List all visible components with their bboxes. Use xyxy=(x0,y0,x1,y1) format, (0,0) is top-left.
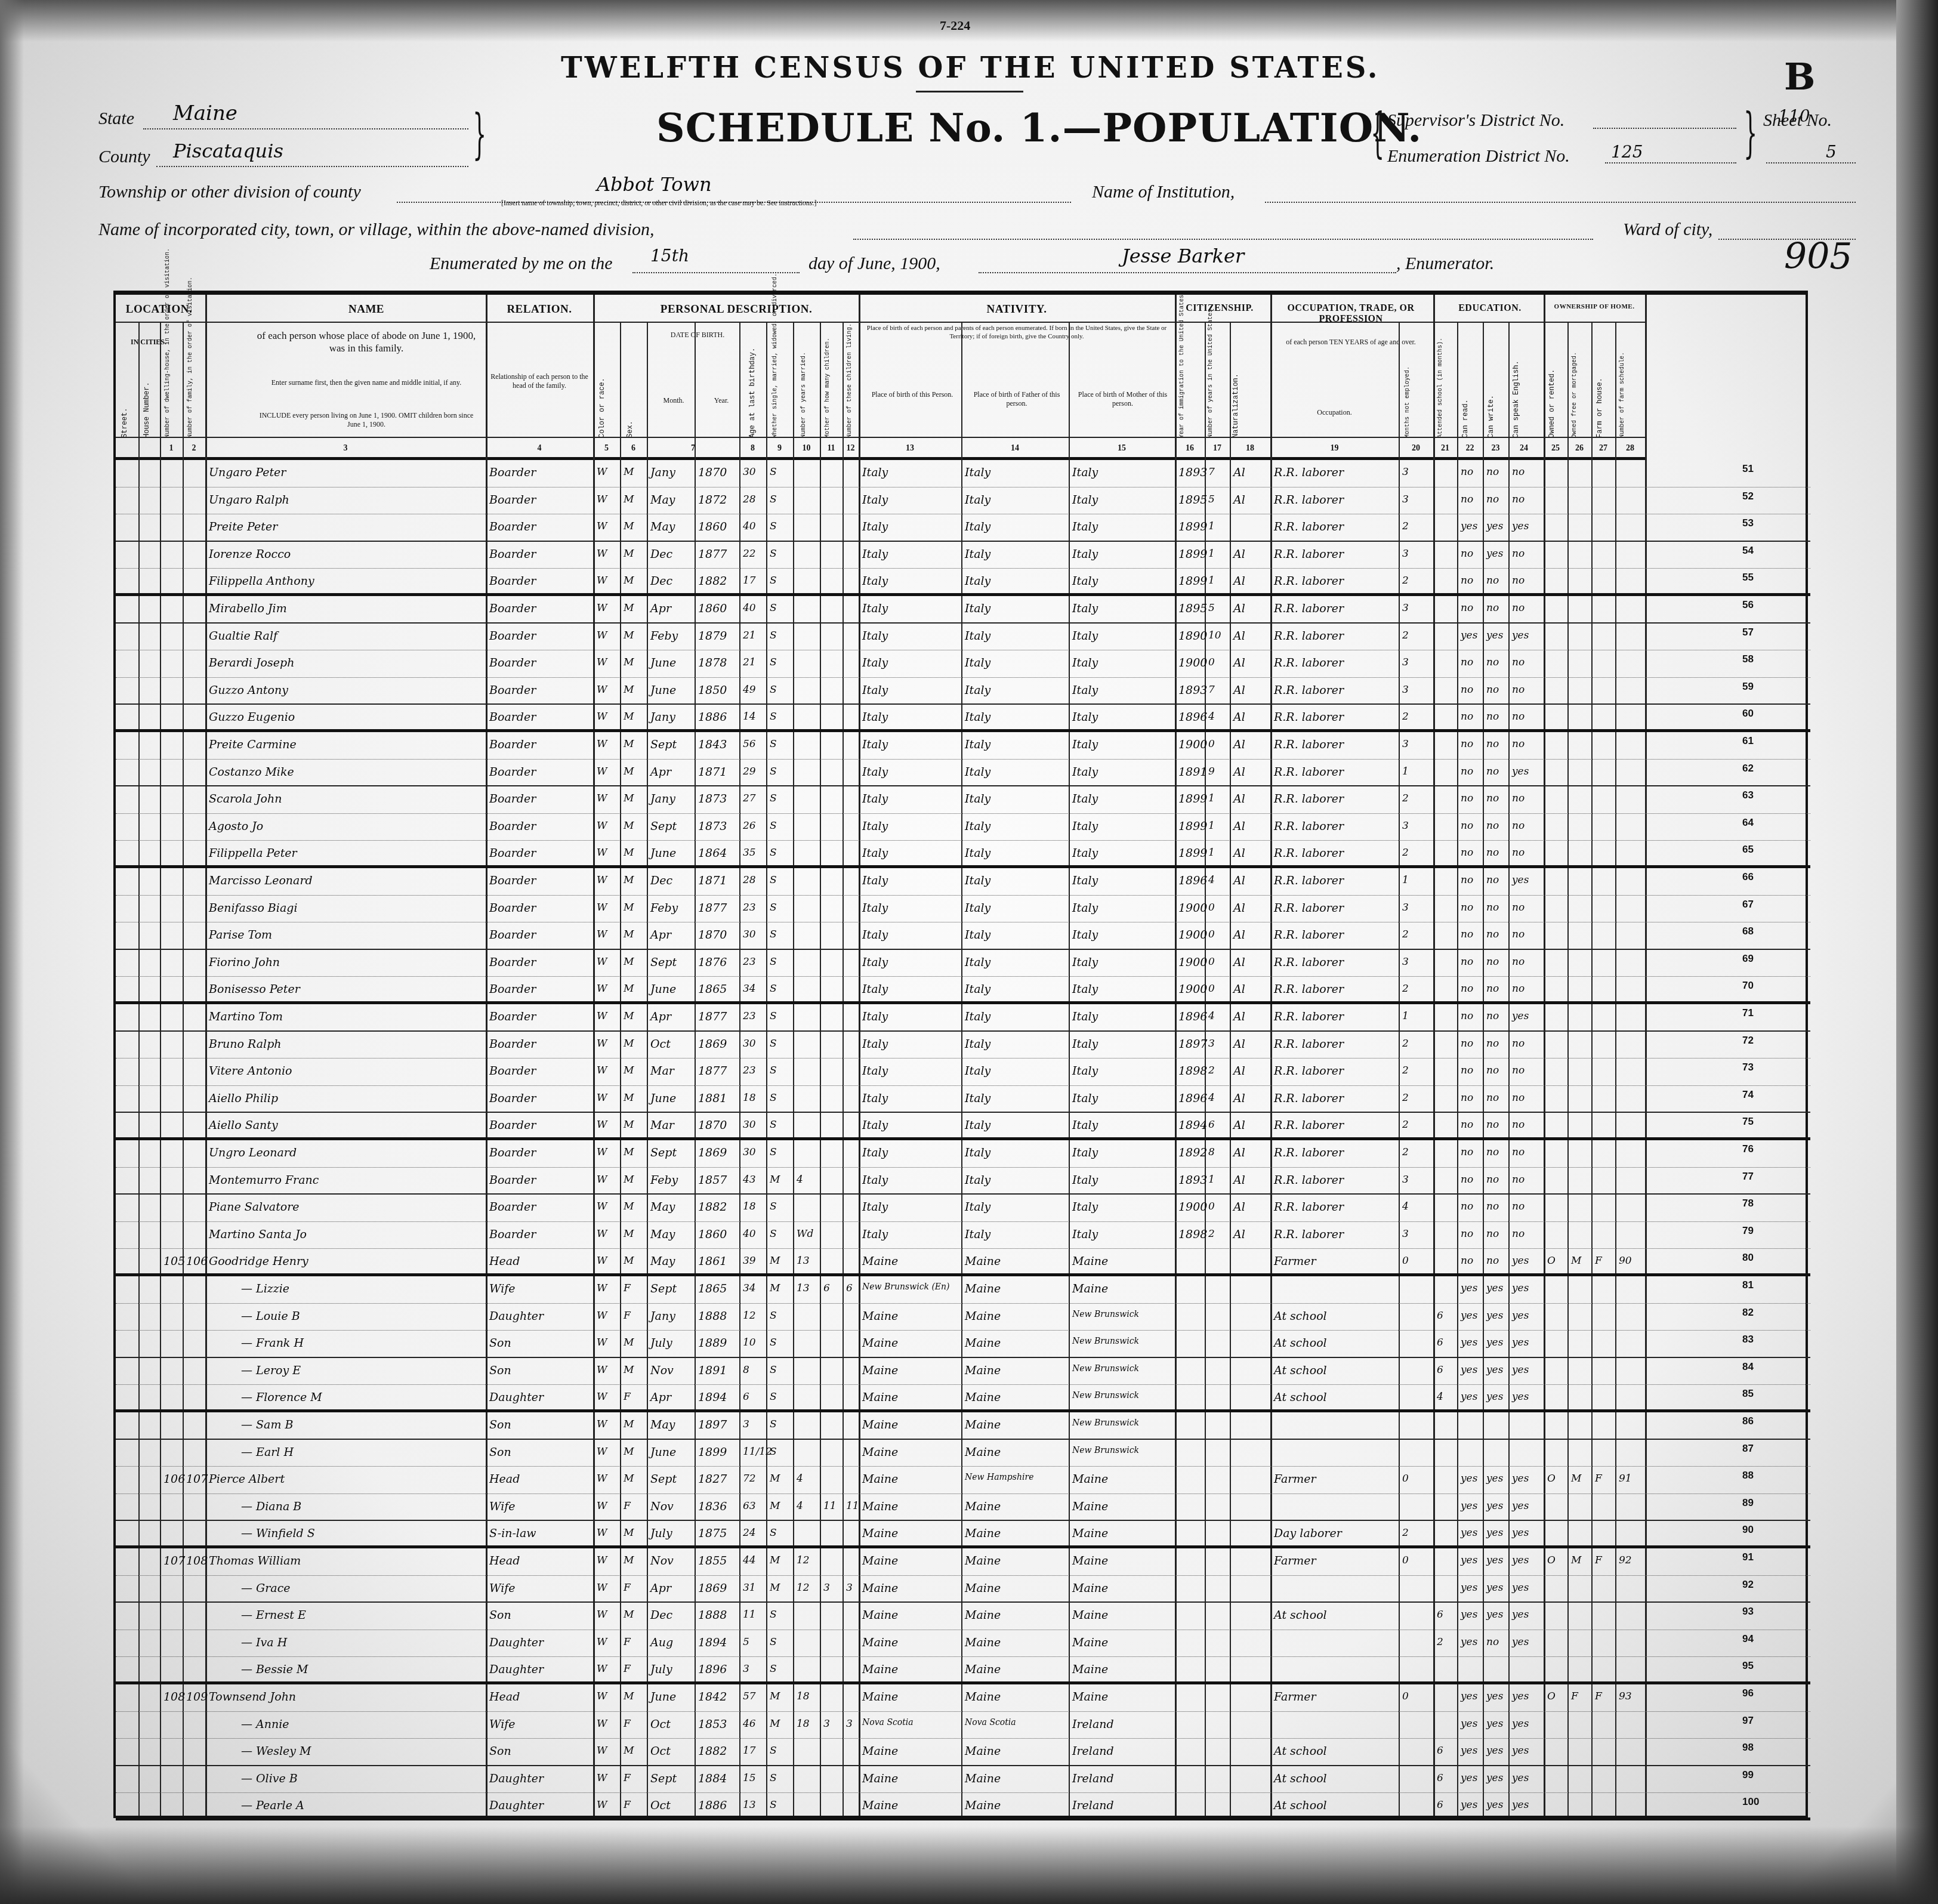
cell-marital: S xyxy=(770,847,777,859)
cell-bp: Maine xyxy=(862,1391,898,1404)
cell-bm: Maine xyxy=(1072,1609,1108,1622)
cell-ym: Wd xyxy=(797,1228,813,1240)
enumeration-value: 125 xyxy=(1611,142,1643,162)
cell-marital: S xyxy=(770,1391,777,1403)
cell-write: no xyxy=(1486,711,1499,723)
cell-speak: yes xyxy=(1512,766,1529,777)
header-years-married: Number of years married. xyxy=(801,319,807,438)
cell-read: no xyxy=(1461,1010,1473,1022)
cell-read: no xyxy=(1461,1174,1473,1186)
cell-imm: 1891 xyxy=(1178,766,1207,779)
cell-unemp: 3 xyxy=(1402,493,1409,505)
cell-name: Preite Peter xyxy=(209,520,277,533)
cell-imm: 1900 xyxy=(1178,1201,1207,1214)
cell-write: yes xyxy=(1486,1473,1503,1485)
cell-marital: M xyxy=(770,1582,780,1594)
cell-yrs: 1 xyxy=(1208,1174,1215,1186)
supervisor-label: Supervisor's District No. xyxy=(1387,110,1564,131)
cell-color: W xyxy=(597,1554,607,1566)
table-row: Scarola JohnBoarderWMJany187327SItalyIta… xyxy=(116,786,1810,814)
cell-color: W xyxy=(597,493,607,505)
cell-unemp: 3 xyxy=(1402,684,1409,696)
cell-sex: M xyxy=(624,1201,634,1212)
cell-month: June xyxy=(650,1446,676,1459)
cell-age: 17 xyxy=(743,575,756,587)
cell-occ: At school xyxy=(1274,1391,1327,1404)
cell-read: no xyxy=(1461,656,1473,668)
cell-year: 1871 xyxy=(698,766,727,779)
cell-write: yes xyxy=(1486,520,1503,532)
cell-color: W xyxy=(597,1337,607,1348)
cell-month: Oct xyxy=(650,1745,671,1758)
header-owned-free: Owned free or mortgaged. xyxy=(1572,331,1578,438)
scan-edge-left xyxy=(0,0,24,1904)
cell-sch: 2 xyxy=(1437,1636,1443,1648)
cell-bp: Italy xyxy=(862,1228,888,1241)
cell-bp: Italy xyxy=(862,466,888,479)
cell-family: 106 xyxy=(186,1255,208,1268)
line-number: 79 xyxy=(1742,1225,1766,1237)
cell-imm: 1899 xyxy=(1178,575,1207,588)
cell-nat: Al xyxy=(1233,1119,1245,1132)
cell-write: yes xyxy=(1486,629,1503,641)
cell-name: Marcisso Leonard xyxy=(209,874,313,887)
cell-sex: M xyxy=(624,820,634,832)
cell-unemp: 0 xyxy=(1402,1690,1409,1702)
table-row: — Diana BWifeWFNov183663M41111MaineMaine… xyxy=(116,1494,1810,1522)
table-row: — Earl HSonWMJune189911/12SMaineMaineNew… xyxy=(116,1440,1810,1467)
cell-color: W xyxy=(597,1500,607,1512)
cell-age: 13 xyxy=(743,1799,756,1811)
cell-month: Jany xyxy=(650,466,675,479)
cell-bf: Italy xyxy=(965,1010,990,1023)
cell-bf: Italy xyxy=(965,684,990,697)
cell-bp: Italy xyxy=(862,983,888,996)
cell-age: 40 xyxy=(743,1228,756,1240)
cell-imm: 1896 xyxy=(1178,1010,1207,1023)
cell-bf: Italy xyxy=(965,493,990,507)
cell-speak: no xyxy=(1512,820,1525,832)
line-number: 72 xyxy=(1742,1035,1766,1047)
cell-write: no xyxy=(1486,1010,1499,1022)
cell-bf: Maine xyxy=(965,1582,1001,1595)
cell-occ: R.R. laborer xyxy=(1274,520,1344,533)
ward-label: Ward of city, xyxy=(1623,220,1712,240)
cell-write: no xyxy=(1486,1174,1499,1186)
enumerated-label: Enumerated by me on the xyxy=(430,254,613,274)
cell-bm: Italy xyxy=(1072,902,1098,915)
sheet-line xyxy=(1766,162,1856,163)
cell-read: no xyxy=(1461,1064,1473,1076)
table-row: Filippella AnthonyBoarderWMDec188217SIta… xyxy=(116,569,1810,596)
cell-relation: S-in-law xyxy=(489,1527,536,1540)
cell-relation: Son xyxy=(489,1745,511,1758)
cell-marital: S xyxy=(770,1119,777,1131)
cell-write: no xyxy=(1486,983,1499,995)
header-color: Color or race. xyxy=(598,366,606,438)
cell-month: Sept xyxy=(650,820,677,833)
cell-name: Filippella Anthony xyxy=(209,575,314,588)
table-row: Ungro LeonardBoarderWMSept186930SItalyIt… xyxy=(116,1140,1810,1168)
column-number: 22 xyxy=(1457,444,1483,453)
cell-bf: Italy xyxy=(965,520,990,533)
cell-yrs: 0 xyxy=(1208,902,1215,914)
cell-age: 28 xyxy=(743,874,756,886)
cell-bp: Maine xyxy=(862,1582,898,1595)
cell-month: Oct xyxy=(650,1038,671,1051)
column-number: 4 xyxy=(486,444,593,453)
cell-read: no xyxy=(1461,548,1473,560)
cell-age: 30 xyxy=(743,1146,756,1158)
cell-bp: Italy xyxy=(862,738,888,751)
cell-year: 1882 xyxy=(698,1201,727,1214)
scan-edge-bottom xyxy=(0,1826,1938,1904)
cell-year: 1860 xyxy=(698,602,727,615)
column-number: 21 xyxy=(1433,444,1457,453)
cell-sex: M xyxy=(624,983,634,995)
cell-write: yes xyxy=(1486,1718,1503,1730)
cell-month: Oct xyxy=(650,1799,671,1812)
cell-bf: Italy xyxy=(965,956,990,969)
cell-write: no xyxy=(1486,656,1499,668)
census-page: 7-224 TWELFTH CENSUS OF THE UNITED STATE… xyxy=(0,0,1938,1904)
cell-marital: M xyxy=(770,1174,780,1186)
cell-sex: M xyxy=(624,738,634,750)
cell-age: 18 xyxy=(743,1201,756,1212)
cell-relation: Son xyxy=(489,1609,511,1622)
cell-year: 1879 xyxy=(698,629,727,643)
cell-unemp: 2 xyxy=(1402,711,1409,723)
cell-marital: S xyxy=(770,956,777,968)
cell-read: no xyxy=(1461,928,1473,940)
cell-sex: F xyxy=(624,1282,631,1294)
table-row: Ungaro RalphBoarderWMMay187228SItalyItal… xyxy=(116,487,1810,515)
cell-bf: Italy xyxy=(965,1174,990,1187)
cell-nat: Al xyxy=(1233,656,1245,669)
cell-bp: Italy xyxy=(862,766,888,779)
cell-unemp: 3 xyxy=(1402,956,1409,968)
cell-color: W xyxy=(597,711,607,723)
cell-month: July xyxy=(650,1527,672,1540)
cell-yrs: 8 xyxy=(1208,1146,1215,1158)
header-citizenship: CITIZENSHIP. xyxy=(1175,303,1264,314)
table-row: Martino TomBoarderWMApr187723SItalyItaly… xyxy=(116,1004,1810,1032)
cell-bf: Maine xyxy=(965,1527,1001,1540)
cell-bf: Maine xyxy=(965,1554,1001,1567)
column-number: 18 xyxy=(1230,444,1270,453)
cell-read: yes xyxy=(1461,1799,1477,1811)
cell-sch: 6 xyxy=(1437,1799,1443,1811)
cell-name: Goodridge Henry xyxy=(209,1255,308,1268)
cell-relation: Boarder xyxy=(489,1064,536,1078)
cell-bf: Maine xyxy=(965,1364,1001,1377)
table-row: — Olive BDaughterWFSept188415SMaineMaine… xyxy=(116,1766,1810,1794)
cell-bp: Italy xyxy=(862,1146,888,1159)
table-row: — GraceWifeWFApr186931M1233MaineMaineMai… xyxy=(116,1576,1810,1603)
cell-month: Apr xyxy=(650,602,671,615)
township-value: Abbot Town xyxy=(597,173,712,196)
county-line xyxy=(156,166,468,167)
cell-read: yes xyxy=(1461,1609,1477,1621)
cell-marital: S xyxy=(770,738,777,750)
cell-write: yes xyxy=(1486,1554,1503,1566)
line-number: 53 xyxy=(1742,517,1766,529)
cell-relation: Boarder xyxy=(489,466,536,479)
cell-name: Agosto Jo xyxy=(209,820,263,833)
cell-relation: Boarder xyxy=(489,1228,536,1241)
cell-occ: Farmer xyxy=(1274,1255,1316,1268)
cell-bp: Italy xyxy=(862,847,888,860)
cell-name: — Ernest E xyxy=(241,1609,306,1622)
table-row: — Wesley MSonWMOct188217SMaineMaineIrela… xyxy=(116,1739,1810,1766)
cell-relation: Daughter xyxy=(489,1799,544,1812)
cell-year: 1850 xyxy=(698,684,727,697)
cell-color: W xyxy=(597,983,607,995)
cell-year: 1894 xyxy=(698,1391,727,1404)
cell-bm: Italy xyxy=(1072,1038,1098,1051)
cell-color: W xyxy=(597,1146,607,1158)
cell-ym: 12 xyxy=(797,1582,810,1594)
cell-month: Nov xyxy=(650,1500,674,1513)
cell-marital: S xyxy=(770,792,777,804)
cell-yrs: 4 xyxy=(1208,711,1215,723)
cell-marital: S xyxy=(770,684,777,696)
cell-color: W xyxy=(597,1799,607,1811)
cell-read: yes xyxy=(1461,1500,1477,1512)
cell-ym: 4 xyxy=(797,1473,803,1485)
state-line xyxy=(143,128,468,129)
cell-bf: Italy xyxy=(965,983,990,996)
cell-bp: Maine xyxy=(862,1799,898,1812)
cell-marital: S xyxy=(770,1527,777,1539)
cell-occ: R.R. laborer xyxy=(1274,1038,1344,1051)
cell-occ: R.R. laborer xyxy=(1274,656,1344,669)
cell-name: Guzzo Antony xyxy=(209,684,288,697)
cell-yrs: 1 xyxy=(1208,820,1215,832)
table-row: Martino Santa JoBoarderWMMay186040SWdIta… xyxy=(116,1222,1810,1249)
cell-sex: M xyxy=(624,902,634,914)
cell-yrs: 1 xyxy=(1208,847,1215,859)
cell-nat: Al xyxy=(1233,738,1245,751)
header-birth-father: Place of birth of Father of this person. xyxy=(963,390,1070,408)
cell-unemp: 1 xyxy=(1402,874,1409,886)
line-number: 94 xyxy=(1742,1633,1766,1645)
cell-color: W xyxy=(597,1228,607,1240)
cell-age: 12 xyxy=(743,1310,756,1322)
table-row: Vitere AntonioBoarderWMMar187723SItalyIt… xyxy=(116,1059,1810,1086)
header-farm-house: Farm or house. xyxy=(1596,331,1604,438)
cell-name: Mirabello Jim xyxy=(209,602,287,615)
cell-read: yes xyxy=(1461,1337,1477,1348)
cell-ym: 4 xyxy=(797,1500,803,1512)
cell-age: 15 xyxy=(743,1772,756,1784)
table-row: Preite PeterBoarderWMMay186040SItalyItal… xyxy=(116,514,1810,542)
cell-occ: R.R. laborer xyxy=(1274,847,1344,860)
cell-imm: 1898 xyxy=(1178,1228,1207,1241)
cell-name: Gualtie Ralf xyxy=(209,629,277,643)
schedule-title: SCHEDULE No. 1.—POPULATION. xyxy=(656,104,1422,151)
cell-bp: Italy xyxy=(862,928,888,942)
cell-name: Martino Tom xyxy=(209,1010,283,1023)
cell-month: Apr xyxy=(650,1010,671,1023)
cell-month: Sept xyxy=(650,738,677,751)
column-number: 12 xyxy=(843,444,859,453)
table-row: — Leroy ESonWMNov18918SMaineMaineNew Bru… xyxy=(116,1358,1810,1385)
header-marital: Whether single, married, widowed, or div… xyxy=(772,319,779,438)
cell-name: Pierce Albert xyxy=(209,1473,285,1486)
cell-color: W xyxy=(597,684,607,696)
cell-relation: Daughter xyxy=(489,1772,544,1785)
cell-speak: no xyxy=(1512,1201,1525,1212)
cell-nat: Al xyxy=(1233,1201,1245,1214)
cell-yrs: 2 xyxy=(1208,1228,1215,1240)
cell-month: May xyxy=(650,1255,675,1268)
line-number: 65 xyxy=(1742,844,1766,856)
cell-year: 1873 xyxy=(698,792,727,806)
cell-name: — Lizzie xyxy=(241,1282,289,1295)
cell-month: Dec xyxy=(650,1609,672,1622)
cell-relation: Boarder xyxy=(489,1010,536,1023)
cell-year: 1891 xyxy=(698,1364,727,1377)
cell-write: no xyxy=(1486,1201,1499,1212)
cell-marital: S xyxy=(770,602,777,614)
cell-age: 63 xyxy=(743,1500,756,1512)
cell-write: no xyxy=(1486,1092,1499,1104)
line-number: 56 xyxy=(1742,599,1766,611)
cell-relation: Son xyxy=(489,1418,511,1431)
cell-year: 1877 xyxy=(698,1010,727,1023)
cell-marital: M xyxy=(770,1718,780,1730)
cell-marital: S xyxy=(770,1609,777,1621)
cell-bf: Italy xyxy=(965,656,990,669)
cell-nat: Al xyxy=(1233,575,1245,588)
table-row: 106107Pierce AlbertHeadWMSept182772M4Mai… xyxy=(116,1467,1810,1494)
table-row: Iorenze RoccoBoarderWMDec187722SItalyIta… xyxy=(116,542,1810,569)
cell-color: W xyxy=(597,766,607,777)
cell-name: Bonisesso Peter xyxy=(209,983,300,996)
cell-imm: 1896 xyxy=(1178,1092,1207,1105)
cell-speak: yes xyxy=(1512,520,1529,532)
cell-marital: S xyxy=(770,1064,777,1076)
cell-bm: Italy xyxy=(1072,684,1098,697)
cell-month: May xyxy=(650,1201,675,1214)
cell-marital: S xyxy=(770,1446,777,1458)
cell-bm: Italy xyxy=(1072,1146,1098,1159)
cell-bf: Maine xyxy=(965,1799,1001,1812)
cell-age: 14 xyxy=(743,711,756,723)
column-number: 28 xyxy=(1615,444,1645,453)
cell-write: yes xyxy=(1486,1282,1503,1294)
district-brace-right: } xyxy=(1743,106,1757,160)
cell-year: 1870 xyxy=(698,1119,727,1132)
cell-name: Bruno Ralph xyxy=(209,1038,282,1051)
cell-bp: Maine xyxy=(862,1446,898,1459)
header-year: Year. xyxy=(698,396,745,405)
cell-month: Oct xyxy=(650,1718,671,1731)
cell-marital: M xyxy=(770,1255,780,1267)
cell-marital: S xyxy=(770,1228,777,1240)
header-name-instr1: Enter surname first, then the given name… xyxy=(253,378,480,387)
cell-color: W xyxy=(597,1174,607,1186)
title-divider xyxy=(916,91,1023,92)
cell-month: Dec xyxy=(650,575,672,588)
cell-marital: S xyxy=(770,1038,777,1050)
cell-write: no xyxy=(1486,1636,1499,1648)
cell-bf: Italy xyxy=(965,1201,990,1214)
cell-marital: S xyxy=(770,1092,777,1104)
cell-imm: 1890 xyxy=(1178,629,1207,643)
cell-fsch: 92 xyxy=(1619,1554,1632,1566)
cell-speak: yes xyxy=(1512,1527,1529,1539)
cell-month: June xyxy=(650,1092,676,1105)
header-month: Month. xyxy=(650,396,698,405)
cell-relation: Boarder xyxy=(489,1174,536,1187)
table-row: Guzzo EugenioBoarderWMJany188614SItalyIt… xyxy=(116,705,1810,732)
header-rule-2 xyxy=(116,437,1645,438)
cell-mo: 3 xyxy=(823,1718,830,1730)
cell-bf: Maine xyxy=(965,1282,1001,1295)
cell-year: 1869 xyxy=(698,1038,727,1051)
cell-bp: Italy xyxy=(862,1174,888,1187)
cell-bf: Italy xyxy=(965,466,990,479)
cell-bf: Maine xyxy=(965,1690,1001,1704)
cell-age: 27 xyxy=(743,792,756,804)
cell-color: W xyxy=(597,1064,607,1076)
cell-color: W xyxy=(597,602,607,614)
cell-write: yes xyxy=(1486,1391,1503,1403)
cell-bf: Maine xyxy=(965,1609,1001,1622)
header-occupation-desc: of each person TEN YEARS of age and over… xyxy=(1270,338,1431,347)
cell-sex: M xyxy=(624,928,634,940)
cell-imm: 1898 xyxy=(1178,1064,1207,1078)
cell-name: Fiorino John xyxy=(209,956,280,969)
cell-name: — Winfield S xyxy=(241,1527,315,1540)
cell-sex: M xyxy=(624,520,634,532)
cell-year: 1878 xyxy=(698,656,727,669)
cell-occ: At school xyxy=(1274,1609,1327,1622)
cell-relation: Head xyxy=(489,1473,520,1486)
cell-relation: Daughter xyxy=(489,1663,544,1676)
cell-year: 1842 xyxy=(698,1690,727,1704)
cell-bf: Maine xyxy=(965,1636,1001,1649)
cell-month: Sept xyxy=(650,1282,677,1295)
cell-name: — Wesley M xyxy=(241,1745,311,1758)
cell-age: 31 xyxy=(743,1582,756,1594)
header-street: Street. xyxy=(121,354,129,438)
cell-occ: R.R. laborer xyxy=(1274,466,1344,479)
cell-write: yes xyxy=(1486,1582,1503,1594)
cell-yrs: 1 xyxy=(1208,575,1215,587)
cell-speak: yes xyxy=(1512,1772,1529,1784)
cell-age: 17 xyxy=(743,1745,756,1757)
cell-month: Nov xyxy=(650,1364,674,1377)
cell-color: W xyxy=(597,1446,607,1458)
cell-month: Feby xyxy=(650,629,678,643)
cell-speak: no xyxy=(1512,1174,1525,1186)
column-number: 23 xyxy=(1483,444,1508,453)
cell-month: May xyxy=(650,1228,675,1241)
cell-name: Montemurro Franc xyxy=(209,1174,319,1187)
cell-month: Jany xyxy=(650,1310,675,1323)
cell-unemp: 3 xyxy=(1402,602,1409,614)
cell-read: no xyxy=(1461,847,1473,859)
cell-year: 1888 xyxy=(698,1310,727,1323)
cell-marital: S xyxy=(770,1146,777,1158)
stamp-number: 905 xyxy=(1784,236,1853,277)
cell-name: — Pearle A xyxy=(241,1799,304,1812)
cell-bm: Italy xyxy=(1072,656,1098,669)
cell-year: 1855 xyxy=(698,1554,727,1567)
